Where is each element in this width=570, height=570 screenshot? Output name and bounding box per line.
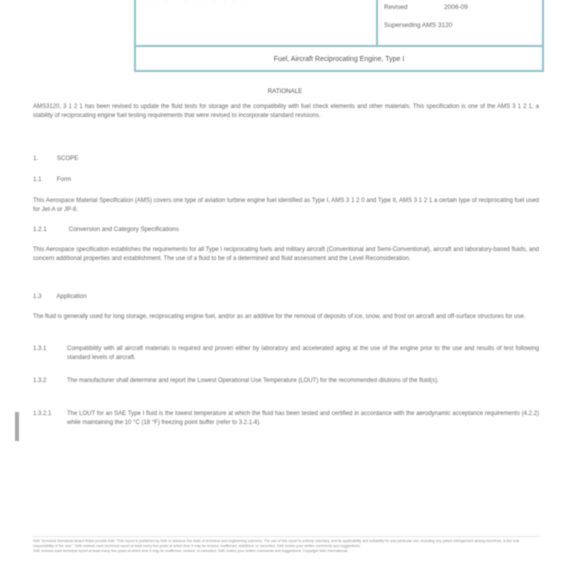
footer-notice: SAE Technical Standards Board Rules prov… — [33, 539, 540, 554]
header-field-value: 2006-09 — [444, 4, 468, 14]
document-title: Fuel, Aircraft Reciprocating Engine, Typ… — [136, 47, 542, 72]
document-page: · · · · · · · · · · · · Revised 2006-09 … — [0, 0, 570, 570]
heading-number: 1. — [33, 155, 55, 162]
clause-1-3-2-1: 1.3.2.1 The LOUT for an SAE Type I fluid… — [33, 410, 539, 427]
conversion-paragraph: This Aerospace specification establishes… — [33, 246, 539, 263]
header-field-label: Superseding AMS 3120 — [384, 22, 452, 32]
heading-scope: 1. SCOPE — [33, 155, 78, 162]
heading-text: Conversion and Category Specifications — [69, 226, 179, 233]
clause-text: The manufacturer shall determine and rep… — [67, 377, 539, 386]
section-title-rationale: RATIONALE — [0, 88, 570, 95]
clause-number: 1.3.2 — [33, 377, 67, 386]
clause-text: The LOUT for an SAE Type I fluid is the … — [67, 410, 539, 427]
header-table: · · · · · · · · · · · · Revised 2006-09 … — [134, 0, 544, 72]
heading-number: 1.1 — [33, 176, 55, 183]
footer-line: SAE reviews each technical report at lea… — [33, 549, 540, 554]
clause-1-3-2: 1.3.2 The manufacturer shall determine a… — [33, 377, 539, 386]
heading-number: 1.3 — [33, 293, 55, 300]
revision-change-bar — [15, 412, 19, 441]
header-field-revised: Revised 2006-09 — [384, 4, 538, 14]
header-table-top-row: · · · · · · · · · · · · Revised 2006-09 … — [136, 0, 542, 47]
clause-number: 1.3.1 — [33, 345, 67, 362]
heading-text: Form — [57, 176, 71, 183]
application-paragraph: The fluid is generally used for long sto… — [33, 313, 539, 322]
clause-text: Compatibility with all aircraft material… — [67, 345, 539, 362]
rationale-paragraph: AMS3120, 3 1 2 1 has been revised to upd… — [33, 103, 539, 120]
header-logo-cell: · · · · · · · · · · · · — [136, 0, 378, 45]
header-field-label: Revised — [384, 4, 444, 14]
heading-number: 1.2.1 — [33, 226, 67, 233]
heading-form: 1.1 Form — [33, 176, 71, 183]
footer-divider — [33, 536, 540, 537]
heading-text: Application — [56, 293, 86, 300]
heading-conversion: 1.2.1 Conversion and Category Specificat… — [33, 226, 179, 233]
heading-application: 1.3 Application — [33, 293, 87, 300]
clause-number: 1.3.2.1 — [33, 410, 67, 427]
form-paragraph: This Aerospace Material Specification (A… — [33, 197, 539, 214]
footer-line: SAE Technical Standards Board Rules prov… — [33, 539, 540, 549]
header-info-cell: Revised 2006-09 Superseding AMS 3120 — [378, 0, 542, 45]
header-faint-text: · · · · · · · · · · · · — [146, 0, 257, 6]
clause-1-3-1: 1.3.1 Compatibility with all aircraft ma… — [33, 345, 539, 362]
heading-text: SCOPE — [57, 155, 79, 162]
header-field-superseding: Superseding AMS 3120 — [384, 22, 538, 32]
